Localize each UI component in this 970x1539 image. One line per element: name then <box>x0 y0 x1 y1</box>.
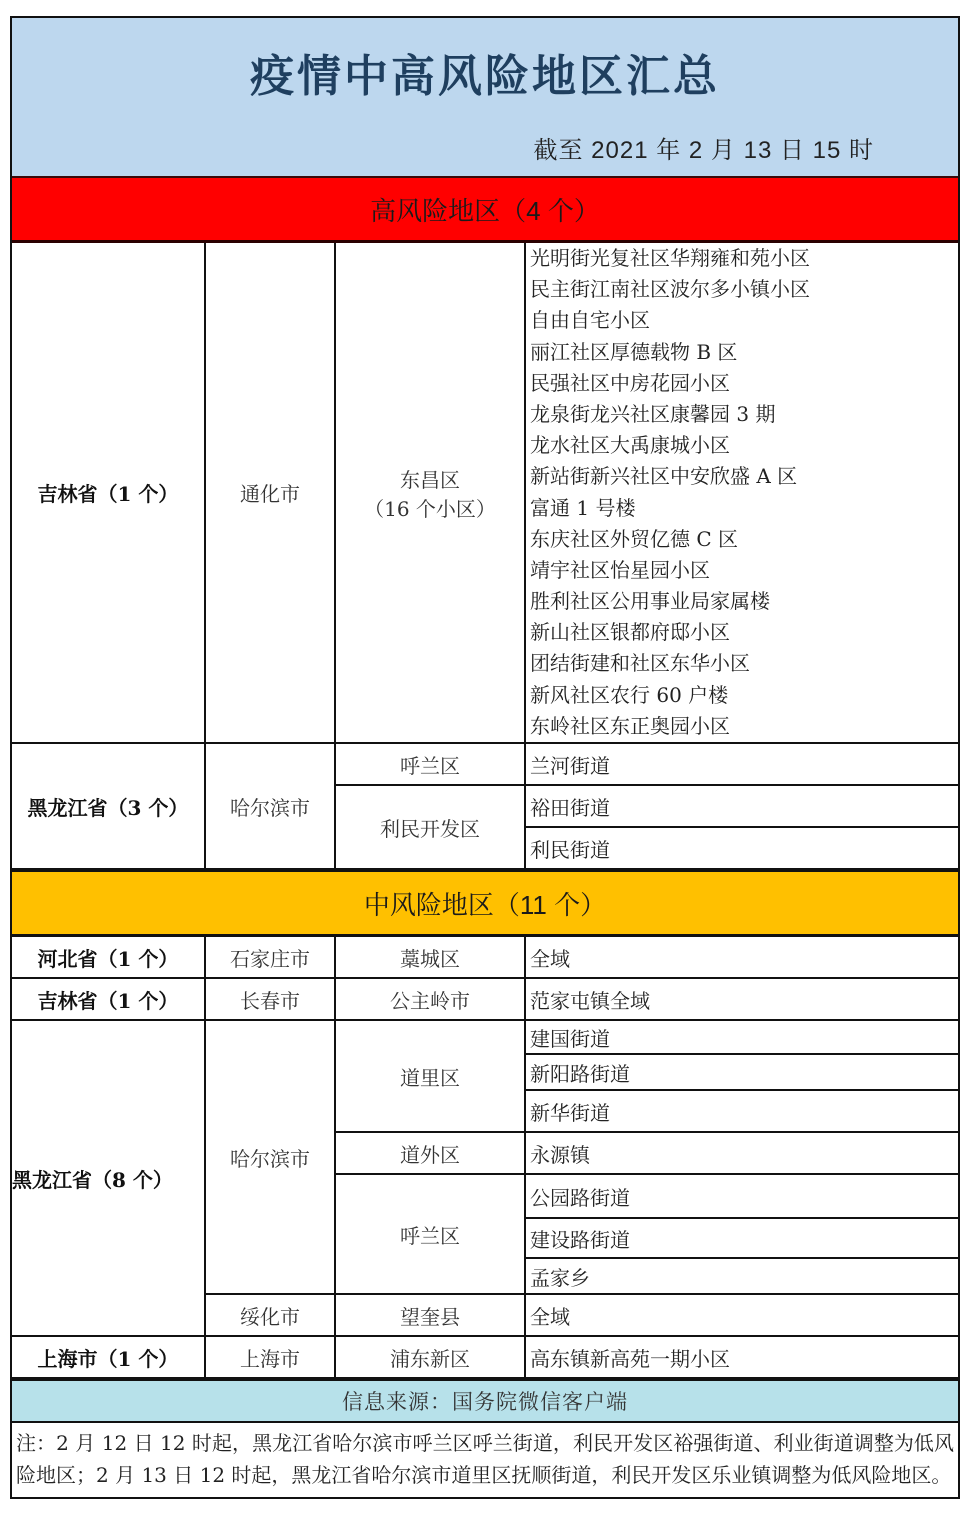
area-cell: 全域 <box>525 937 958 978</box>
province-cell: 黑龙江省（3 个） <box>12 743 205 869</box>
area-cell: 裕田街道 <box>525 785 958 827</box>
table-row: 吉林省（1 个） 长春市 公主岭市 范家屯镇全域 <box>12 978 958 1020</box>
city-cell: 通化市 <box>205 243 335 743</box>
district-cell: 藁城区 <box>335 937 525 978</box>
area-list-cell: 光明街光复社区华翔雍和苑小区 民主街江南社区波尔多小镇小区 自由自宅小区 丽江社… <box>525 243 958 743</box>
area-cell: 公园路街道 <box>525 1174 958 1218</box>
area-cell: 全域 <box>525 1294 958 1336</box>
table-row: 黑龙江省（3 个） 哈尔滨市 呼兰区 兰河街道 <box>12 743 958 785</box>
list-item: 新站街新兴社区中安欣盛 A 区 <box>530 461 958 492</box>
high-risk-table: 吉林省（1 个） 通化市 东昌区 （16 个小区） 光明街光复社区华翔雍和苑小区… <box>12 243 958 870</box>
province-cell: 黑龙江省（8 个） <box>12 1020 205 1336</box>
list-item: 东庆社区外贸亿德 C 区 <box>530 524 958 555</box>
table-row: 黑龙江省（8 个） 哈尔滨市 道里区 建国街道 <box>12 1020 958 1054</box>
area-cell: 永源镇 <box>525 1132 958 1174</box>
district-cell: 东昌区 （16 个小区） <box>335 243 525 743</box>
list-item: 胜利社区公用事业局家属楼 <box>530 586 958 617</box>
district-cell: 呼兰区 <box>335 743 525 785</box>
province-cell: 上海市（1 个） <box>12 1336 205 1378</box>
district-note: （16 个小区） <box>336 493 524 522</box>
list-item: 东岭社区东正奥园小区 <box>530 711 958 742</box>
area-cell: 高东镇新高苑一期小区 <box>525 1336 958 1378</box>
city-cell: 哈尔滨市 <box>205 743 335 869</box>
list-item: 新山社区银都府邸小区 <box>530 617 958 648</box>
as-of-timestamp: 截至 2021 年 2 月 13 日 15 时 <box>534 130 874 165</box>
district-cell: 浦东新区 <box>335 1336 525 1378</box>
list-item: 靖宇社区怡星园小区 <box>530 555 958 586</box>
list-item: 团结街建和社区东华小区 <box>530 648 958 679</box>
city-cell: 哈尔滨市 <box>205 1020 335 1294</box>
risk-area-summary-sheet: 疫情中高风险地区汇总 截至 2021 年 2 月 13 日 15 时 高风险地区… <box>10 16 960 1499</box>
province-cell: 吉林省（1 个） <box>12 978 205 1020</box>
area-cell: 孟家乡 <box>525 1258 958 1294</box>
table-row: 吉林省（1 个） 通化市 东昌区 （16 个小区） 光明街光复社区华翔雍和苑小区… <box>12 243 958 743</box>
area-cell: 兰河街道 <box>525 743 958 785</box>
mid-risk-table: 河北省（1 个） 石家庄市 藁城区 全域 吉林省（1 个） 长春市 公主岭市 范… <box>12 937 958 1379</box>
list-item: 新风社区农行 60 户楼 <box>530 680 958 711</box>
list-item: 民主街江南社区波尔多小镇小区 <box>530 274 958 305</box>
footnote: 注：2 月 12 日 12 时起，黑龙江省哈尔滨市呼兰区呼兰街道，利民开发区裕强… <box>12 1423 958 1497</box>
city-cell: 长春市 <box>205 978 335 1020</box>
area-cell: 利民街道 <box>525 827 958 869</box>
info-source: 信息来源：国务院微信客户端 <box>12 1379 958 1423</box>
list-item: 自由自宅小区 <box>530 305 958 336</box>
area-cell: 范家屯镇全域 <box>525 978 958 1020</box>
high-risk-header: 高风险地区（4 个） <box>12 178 958 243</box>
list-item: 丽江社区厚德载物 B 区 <box>530 337 958 368</box>
city-cell: 绥化市 <box>205 1294 335 1336</box>
area-cell: 建设路街道 <box>525 1218 958 1258</box>
area-cell: 建国街道 <box>525 1020 958 1054</box>
city-cell: 石家庄市 <box>205 937 335 978</box>
province-cell: 吉林省（1 个） <box>12 243 205 743</box>
list-item: 光明街光复社区华翔雍和苑小区 <box>530 243 958 274</box>
district-cell: 利民开发区 <box>335 785 525 869</box>
list-item: 富通 1 号楼 <box>530 493 958 524</box>
mid-risk-header: 中风险地区（11 个） <box>12 870 958 937</box>
district-cell: 望奎县 <box>335 1294 525 1336</box>
table-row: 河北省（1 个） 石家庄市 藁城区 全域 <box>12 937 958 978</box>
district-cell: 公主岭市 <box>335 978 525 1020</box>
list-item: 民强社区中房花园小区 <box>530 368 958 399</box>
district-cell: 呼兰区 <box>335 1174 525 1294</box>
city-cell: 上海市 <box>205 1336 335 1378</box>
page-title: 疫情中高风险地区汇总 <box>12 40 958 104</box>
list-item: 龙水社区大禹康城小区 <box>530 430 958 461</box>
district-cell: 道外区 <box>335 1132 525 1174</box>
district-name: 东昌区 <box>336 464 524 493</box>
table-row: 上海市（1 个） 上海市 浦东新区 高东镇新高苑一期小区 <box>12 1336 958 1378</box>
area-cell: 新阳路街道 <box>525 1054 958 1090</box>
title-block: 疫情中高风险地区汇总 截至 2021 年 2 月 13 日 15 时 <box>12 18 958 178</box>
area-cell: 新华街道 <box>525 1090 958 1132</box>
list-item: 龙泉街龙兴社区康馨园 3 期 <box>530 399 958 430</box>
district-cell: 道里区 <box>335 1020 525 1132</box>
province-cell: 河北省（1 个） <box>12 937 205 978</box>
